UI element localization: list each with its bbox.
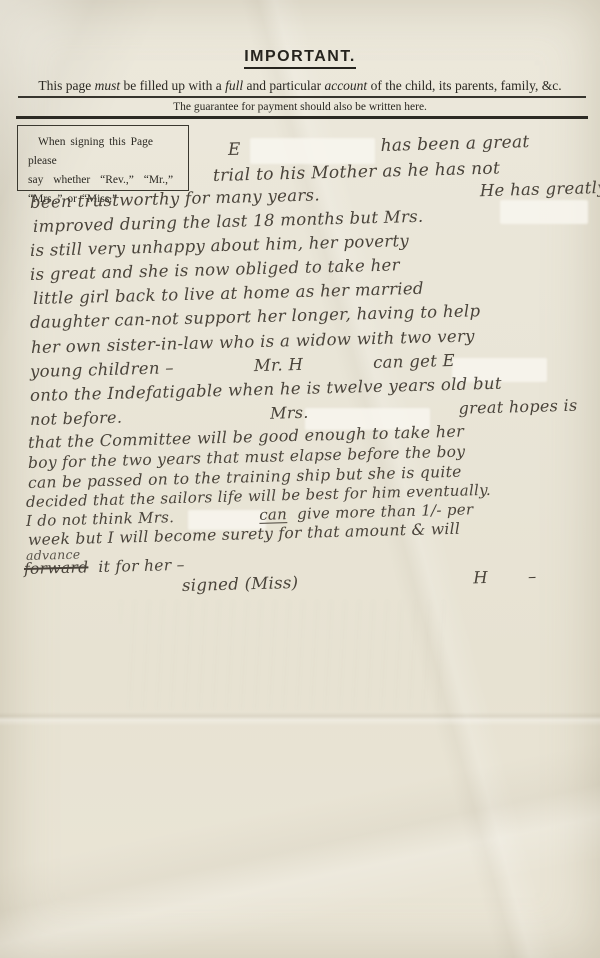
handwritten-text: E bbox=[228, 140, 241, 160]
handwritten-line: Ehas been a great bbox=[228, 132, 530, 160]
handwritten-text: Mr. H bbox=[254, 355, 304, 375]
handwritten-text: – bbox=[528, 567, 537, 586]
handwritten-line: is great and she is now obliged to take … bbox=[30, 255, 400, 284]
handwritten-text: can bbox=[259, 505, 287, 524]
handwritten-text: I do not think Mrs. bbox=[26, 508, 175, 530]
handwritten-text: can get E bbox=[373, 351, 455, 372]
handwritten-line: forwardit for her – bbox=[24, 556, 185, 578]
scanned-document-page: IMPORTANT. This page must be filled up w… bbox=[0, 0, 600, 958]
handwritten-line: signed (Miss)H– bbox=[182, 567, 537, 595]
handwritten-text: been trustworthy for many years. bbox=[30, 185, 320, 212]
handwritten-text: great hopes is bbox=[458, 396, 577, 418]
handwritten-text: young children – bbox=[30, 358, 174, 381]
handwritten-text: H bbox=[473, 568, 488, 587]
handwritten-text: forward bbox=[24, 558, 89, 578]
handwritten-text: is great and she is now obliged to take … bbox=[30, 255, 400, 284]
handwritten-text: Mrs. bbox=[270, 403, 309, 423]
handwritten-text: not before. bbox=[30, 408, 123, 429]
handwritten-text: has been a great bbox=[380, 132, 529, 156]
handwritten-text: He has greatly bbox=[480, 178, 600, 200]
handwriting-layer: Ehas been a greattrial to his Mother as … bbox=[0, 0, 600, 958]
handwritten-text: signed (Miss) bbox=[182, 573, 299, 595]
handwritten-text: it for her – bbox=[98, 556, 185, 576]
